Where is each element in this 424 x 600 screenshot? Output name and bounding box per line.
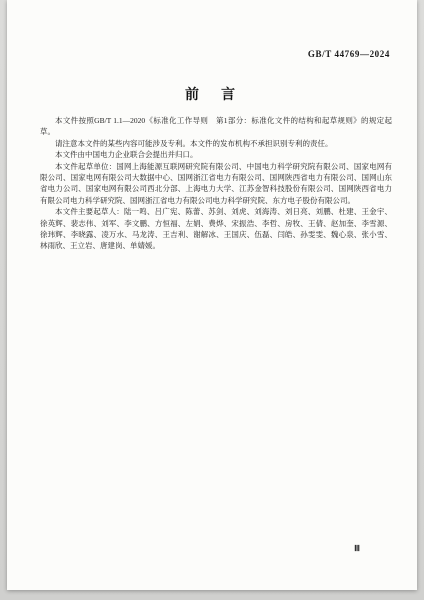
foreword-title: 前 言 xyxy=(7,84,417,104)
foreword-body: 本文件按照GB/T 1.1—2020《标准化工作导则 第1部分：标准化文件的结构… xyxy=(40,115,392,252)
foreword-paragraph-drafting-organizations: 本文件起草单位：国网上海能源互联网研究院有限公司、中国电力科学研究院有限公司、国… xyxy=(40,161,392,207)
page-number: Ⅲ xyxy=(354,543,360,554)
document-page: GB/T 44769—2024 前 言 本文件按照GB/T 1.1—2020《标… xyxy=(7,0,417,590)
standard-code-header: GB/T 44769—2024 xyxy=(308,49,390,59)
foreword-paragraph-proposer: 本文件由中国电力企业联合会提出并归口。 xyxy=(40,149,392,160)
foreword-paragraph-drafting-basis: 本文件按照GB/T 1.1—2020《标准化工作导则 第1部分：标准化文件的结构… xyxy=(40,115,392,138)
foreword-paragraph-patent-notice: 请注意本文件的某些内容可能涉及专利。本文件的发布机构不承担识别专利的责任。 xyxy=(40,138,392,149)
foreword-paragraph-main-drafters: 本文件主要起草人：陆一鸣、吕广宪、陈蕾、苏剑、刘虎、刘海涛、刘日亮、刘鹏、杜建、… xyxy=(40,206,392,252)
document-viewport: GB/T 44769—2024 前 言 本文件按照GB/T 1.1—2020《标… xyxy=(0,0,424,600)
